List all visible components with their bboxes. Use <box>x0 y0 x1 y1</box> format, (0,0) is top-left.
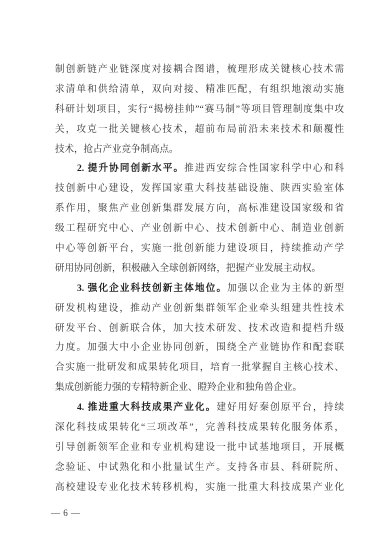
text-line: 中心等创新平台，实施一批创新能力建设项目，持续推动产学 <box>55 240 344 260</box>
document-text: 制创新链产业链深度对接耦合图谱，梳理形成关键核心技术需求清单和供给清单，双向对接… <box>55 61 344 499</box>
text-line: 求清单和供给清单，双向对接、精准匹配，有组织地滚动实施 <box>55 81 344 101</box>
text-line: 3. 强化企业科技创新主体地位。加强以企业为主体的新型 <box>55 280 344 300</box>
text-line: 关，攻克一批关键核心技术，超前布局前沿未来技术和颠覆性 <box>55 121 344 141</box>
text-run: 建好用好秦创原平台，持续 <box>216 403 344 413</box>
text-line: 高校建设专业化技术转移机构，实施一批重大科技成果产业化 <box>55 479 344 499</box>
text-line: 研发机构建设，推动产业创新集群领军企业牵头组建共性技术 <box>55 300 344 320</box>
text-line: 技术，抢占产业竞争制高点。 <box>55 141 344 161</box>
text-line: 级工程研究中心、产业创新中心、技术创新中心、制造业创新 <box>55 220 344 240</box>
text-line: 集成创新能力强的专精特新企业、瞪羚企业和独角兽企业。 <box>55 379 344 399</box>
text-line: 合实施一批研发和成果转化项目，培育一批掌握自主核心技术、 <box>55 359 344 379</box>
text-line: 引导创新领军企业和专业机构建设一批中试基地项目，开展概 <box>55 439 344 459</box>
text-line: 力度。加强大中小企业协同创新，围绕全产业链协作和配套联 <box>55 339 344 359</box>
text-run: 加强以企业为主体的新型 <box>227 284 344 294</box>
paragraph-heading: 4. 推进重大科技成果产业化。 <box>77 403 216 413</box>
paragraph-heading: 3. 强化企业科技创新主体地位。 <box>77 284 227 294</box>
text-line: 研发平台、创新联合体，加大技术研发、技术改造和提档升级 <box>55 320 344 340</box>
text-line: 深化科技成果转化“三项改革”，完善科技成果转化服务体系， <box>55 419 344 439</box>
page-number: — 6 — <box>51 508 81 518</box>
text-line: 系作用，聚焦产业创新集群发展方向，高标准建设国家级和省 <box>55 200 344 220</box>
text-line: 4. 推进重大科技成果产业化。建好用好秦创原平台，持续 <box>55 399 344 419</box>
paragraph-heading: 2. 提升协同创新水平。 <box>77 164 184 174</box>
text-line: 科研计划项目，实行“揭榜挂帅”“赛马制”等项目管理制度集中攻 <box>55 101 344 121</box>
text-line: 研用协同创新，积极融入全球创新网络，把握产业发展主动权。 <box>55 260 344 280</box>
text-line: 念验证、中试熟化和小批量试生产。支持各市县、科研院所、 <box>55 459 344 479</box>
text-line: 制创新链产业链深度对接耦合图谱，梳理形成关键核心技术需 <box>55 61 344 81</box>
text-line: 2. 提升协同创新水平。推进西安综合性国家科学中心和科 <box>55 160 344 180</box>
document-page: 制创新链产业链深度对接耦合图谱，梳理形成关键核心技术需求清单和供给清单，双向对接… <box>0 0 390 551</box>
text-line: 技创新中心建设，发挥国家重大科技基础设施、陕西实验室体 <box>55 180 344 200</box>
text-run: 推进西安综合性国家科学中心和科 <box>184 164 344 174</box>
